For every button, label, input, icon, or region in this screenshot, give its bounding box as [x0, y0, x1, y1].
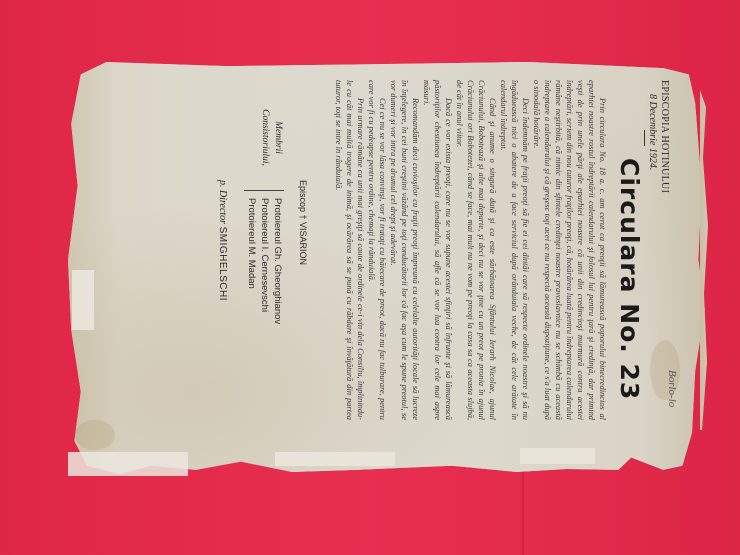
member-name: Protoiereul Gh. Gheorghianov: [271, 198, 284, 324]
director-signature: p. Director SMIGHELSCHI: [217, 180, 228, 301]
director-name: SMIGHELSCHI: [217, 227, 228, 301]
header-organization: EPISCOPIA HOTINULUI: [659, 80, 670, 193]
paragraph: Recomandăm deci cuvioşilor cu fraţii pre…: [388, 80, 421, 420]
header-underline: [644, 130, 645, 146]
paragraph: Dacă ce vor exista preoţi, care nu se vo…: [421, 80, 454, 420]
document-title: Circulara No. 23: [615, 158, 644, 400]
paragraph: Prin urmare rămâne ca unii mai greşiţi s…: [333, 80, 366, 420]
signature-bracket: [244, 190, 284, 191]
header-date: 8 Decembrie 1924.: [647, 94, 658, 170]
member-name: Protoiereul M. Madan: [245, 198, 258, 324]
document-body: Prin circulara No. 18 a. c. am cerut ca …: [333, 80, 608, 420]
director-prefix: p. Director: [217, 180, 228, 227]
member-name: Protoiereul I. Cernesevschi: [258, 198, 271, 324]
paragraph: Prin circulara No. 18 a. c. am cerut ca …: [531, 80, 608, 420]
paragraph: Când şi anume o singură dată şi ca este …: [454, 80, 498, 420]
bishop-signature: Episcop † VISARION: [298, 180, 308, 265]
paragraph: Deci îndemnăm pe fraţii preoţi să fie ei…: [498, 80, 531, 420]
members-list: Protoiereul Gh. Gheorghianov Protoiereul…: [245, 198, 284, 324]
paragraph: Cei ce nu se vor lăsa convinşi, vor fi t…: [366, 80, 388, 420]
members-label: Membrii Consistoriului,: [258, 90, 284, 185]
rotated-document-content: EPISCOPIA HOTINULUI 8 Decembrie 1924. Ci…: [90, 80, 690, 460]
handwritten-note: Borlo-lo: [666, 370, 678, 407]
